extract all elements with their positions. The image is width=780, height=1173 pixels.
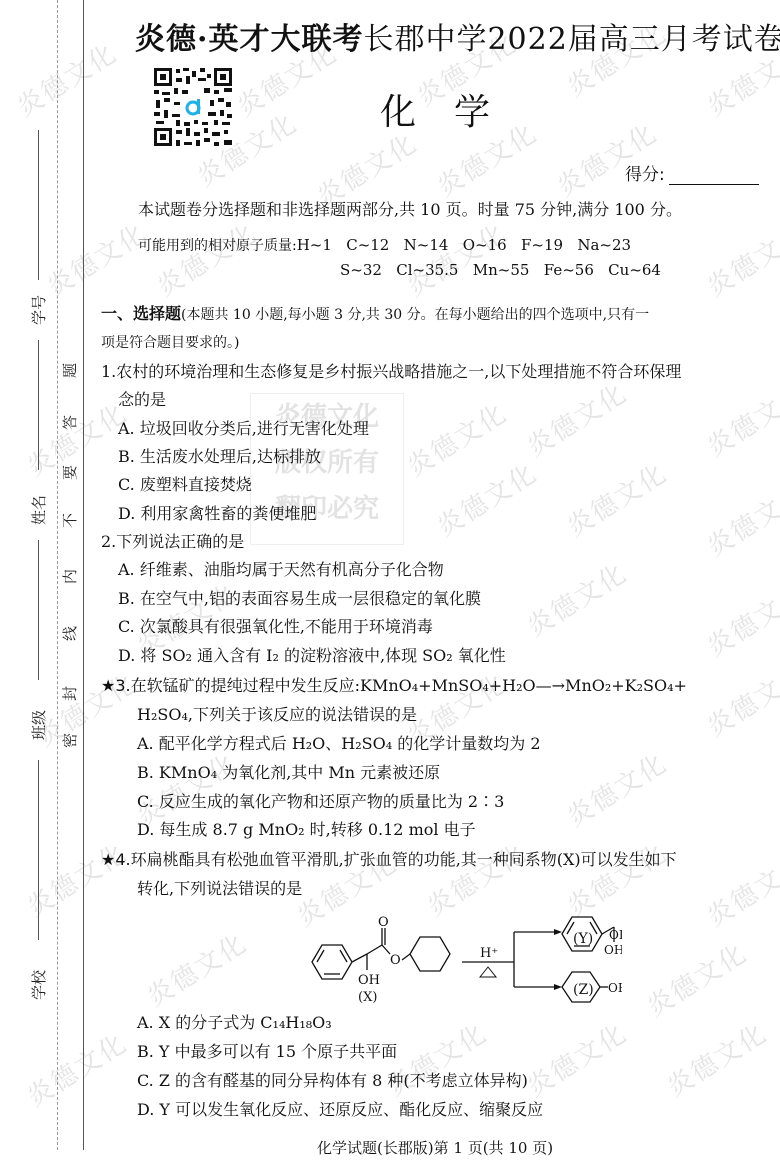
oh-label-z: OH	[608, 981, 622, 995]
exam-title: 炎德·英才大联考长郡中学2022届高三月考试卷(一)	[135, 14, 780, 58]
question-number: 2.	[101, 532, 116, 551]
watermark-text: 炎德文化	[559, 453, 674, 544]
label-name: 姓名	[28, 495, 49, 525]
watermark-text: 炎德文化	[549, 113, 664, 204]
seal-char: 答	[59, 415, 80, 430]
q4-option-b[interactable]: B. Y 中最多可以有 15 个原子共平面	[137, 1041, 397, 1063]
q1-option-a[interactable]: A. 垃圾回收分类后,进行无害化处理	[118, 418, 369, 440]
watermark-text: 炎德文化	[699, 843, 780, 934]
q2-option-a[interactable]: A. 纤维素、油脂均属于天然有机高分子化合物	[118, 559, 444, 581]
seal-char: 不	[59, 513, 80, 528]
watermark-text: 炎德文化	[19, 1023, 134, 1114]
seal-char: 封	[59, 686, 80, 701]
subject-title: 化学	[380, 84, 528, 135]
watermark-text: 炎德文化	[9, 33, 124, 124]
binding-solid-line	[83, 0, 84, 1150]
watermark-text: 炎德文化	[519, 373, 634, 464]
reagent-label: H⁺	[480, 946, 498, 961]
seal-char: 内	[59, 569, 80, 584]
title-rest: 长郡中学2022届高三月考试卷(一)	[363, 22, 780, 57]
question-4-stem-cont: 转化,下列说法错误的是	[137, 878, 302, 900]
watermark-text: 炎德文化	[699, 653, 780, 744]
section-header: 一、选择题(本题共 10 小题,每小题 3 分,共 30 分。在每小题给出的四个…	[101, 303, 649, 326]
atomic-mass-label: 可能用到的相对原子质量:	[138, 238, 297, 254]
section-heading: 一、选择题	[101, 304, 181, 323]
question-1-stem: 1.农村的环境治理和生态修复是乡村振兴战略措施之一,以下处理措施不符合环保理	[101, 361, 681, 383]
question-text: 环扁桃酯具有松弛血管平滑肌,扩张血管的功能,其一种同系物(X)可以发生如下	[131, 850, 677, 869]
question-1-stem-cont: 念的是	[118, 389, 166, 411]
intro-text: 本试题卷分选择题和非选择题两部分,共 10 页。时量 75 分钟,满分 100 …	[138, 199, 682, 221]
seal-char: 线	[59, 626, 80, 641]
ester-o-label: O	[390, 953, 401, 968]
question-4-stem: ★4.环扁桃酯具有松弛血管平滑肌,扩张血管的功能,其一种同系物(X)可以发生如下	[101, 849, 677, 871]
watermark-text: 炎德文化	[559, 743, 674, 834]
watermark-text: 炎德文化	[39, 213, 154, 304]
watermark-text: 炎德文化	[699, 473, 780, 564]
question-text: 在软锰矿的提纯过程中发生反应:KMnO₄+MnSO₄+H₂O—→MnO₂+K₂S…	[131, 676, 687, 695]
q1-option-d[interactable]: D. 利用家禽牲畜的粪便堆肥	[118, 503, 316, 525]
atomic-mass-line-1: 可能用到的相对原子质量:H~1 C~12 N~14 O~16 F~19 Na~2…	[138, 234, 631, 257]
seal-char: 密	[59, 733, 80, 748]
title-brand: 炎德·英才大联考	[135, 22, 363, 57]
carbonyl-o-label: O	[378, 915, 389, 930]
watermark-text: 炎德文化	[519, 553, 634, 644]
watermark-text: 炎德文化	[399, 393, 514, 484]
question-text: 下列说法正确的是	[116, 532, 244, 551]
watermark-text: 炎德文化	[429, 453, 544, 544]
label-y: (Y)	[573, 928, 593, 950]
watermark-text: 炎德文化	[639, 933, 754, 1024]
q4-option-c[interactable]: C. Z 的含有醛基的同分异构体有 8 种(不考虑立体异构)	[137, 1070, 528, 1092]
q2-option-c[interactable]: C. 次氯酸具有很强氧化性,不能用于环境消毒	[118, 616, 433, 638]
watermark-text: 炎德文化	[139, 923, 254, 1014]
atomic-mass-values-2: S~32 Cl~35.5 Mn~55 Fe~56 Cu~64	[340, 259, 661, 281]
seal-char: 题	[59, 363, 80, 378]
q1-option-b[interactable]: B. 生活废水处理后,达标排放	[118, 446, 321, 468]
q4-option-d[interactable]: D. Y 可以发生氧化反应、还原反应、酯化反应、缩聚反应	[137, 1099, 543, 1121]
q3-option-b[interactable]: B. KMnO₄ 为氧化剂,其中 Mn 元素被还原	[137, 762, 440, 784]
q3-option-a[interactable]: A. 配平化学方程式后 H₂O、H₂SO₄ 的化学计量数均为 2	[137, 733, 541, 755]
watermark-text: 炎德文化	[699, 573, 780, 664]
section-desc-cont: 项是符合题目要求的。)	[101, 332, 239, 354]
watermark-text: 炎德文化	[519, 1013, 634, 1104]
q3-option-c[interactable]: C. 反应生成的氧化产物和还原产物的质量比为 2∶3	[137, 791, 504, 813]
question-number: ★4.	[101, 850, 131, 869]
question-number: ★3.	[101, 676, 131, 695]
class-line	[38, 540, 39, 680]
question-text: 农村的环境治理和生态修复是乡村振兴战略措施之一,以下处理措施不符合环保理	[116, 362, 681, 381]
label-class: 班级	[28, 710, 49, 740]
oh-label-y-acid: OH	[609, 928, 622, 942]
section-desc: (本题共 10 小题,每小题 3 分,共 30 分。在每小题给出的四个选项中,只…	[181, 307, 649, 323]
oh-label-y: OH	[604, 943, 622, 957]
student-id-line	[38, 130, 39, 280]
seal-char: 要	[59, 465, 80, 480]
label-z: (Z)	[573, 979, 594, 1001]
q4-option-a[interactable]: A. X 的分子式为 C₁₄H₁₈O₃	[137, 1012, 332, 1034]
qr-code-icon	[152, 66, 234, 148]
question-3-stem: ★3.在软锰矿的提纯过程中发生反应:KMnO₄+MnSO₄+H₂O—→MnO₂+…	[101, 675, 687, 697]
q3-option-d[interactable]: D. 每生成 8.7 g MnO₂ 时,转移 0.12 mol 电子	[137, 819, 476, 841]
q1-option-c[interactable]: C. 废塑料直接焚烧	[118, 474, 252, 496]
q2-option-b[interactable]: B. 在空气中,铝的表面容易生成一层很稳定的氧化膜	[118, 588, 481, 610]
question-3-stem-cont: H₂SO₄,下列关于该反应的说法错误的是	[137, 704, 417, 726]
score-label: 得分:	[625, 165, 665, 185]
label-x: (X)	[358, 990, 377, 1005]
watermark-text: 炎德文化	[149, 213, 264, 304]
binding-dotted-line	[57, 0, 58, 1150]
watermark-text: 炎德文化	[19, 833, 134, 924]
school-line	[38, 760, 39, 940]
label-student-id: 学号	[28, 295, 49, 325]
label-school: 学校	[28, 970, 49, 1000]
name-line	[38, 340, 39, 470]
watermark-text: 炎德文化	[659, 1013, 774, 1104]
score-field: 得分:	[625, 160, 759, 185]
score-blank[interactable]	[669, 166, 759, 185]
oh-label-x: OH	[358, 973, 380, 988]
watermark-text: 炎德文化	[699, 373, 780, 464]
question-number: 1.	[101, 362, 116, 381]
watermark-text: 炎德文化	[699, 213, 780, 304]
page-footer: 化学试题(长郡版)第 1 页(共 10 页)	[90, 1137, 780, 1158]
atomic-mass-values-1: H~1 C~12 N~14 O~16 F~19 Na~23	[297, 236, 631, 254]
question-2-stem: 2.下列说法正确的是	[101, 531, 244, 553]
q2-option-d[interactable]: D. 将 SO₂ 通入含有 I₂ 的淀粉溶液中,体现 SO₂ 氧化性	[118, 645, 506, 667]
